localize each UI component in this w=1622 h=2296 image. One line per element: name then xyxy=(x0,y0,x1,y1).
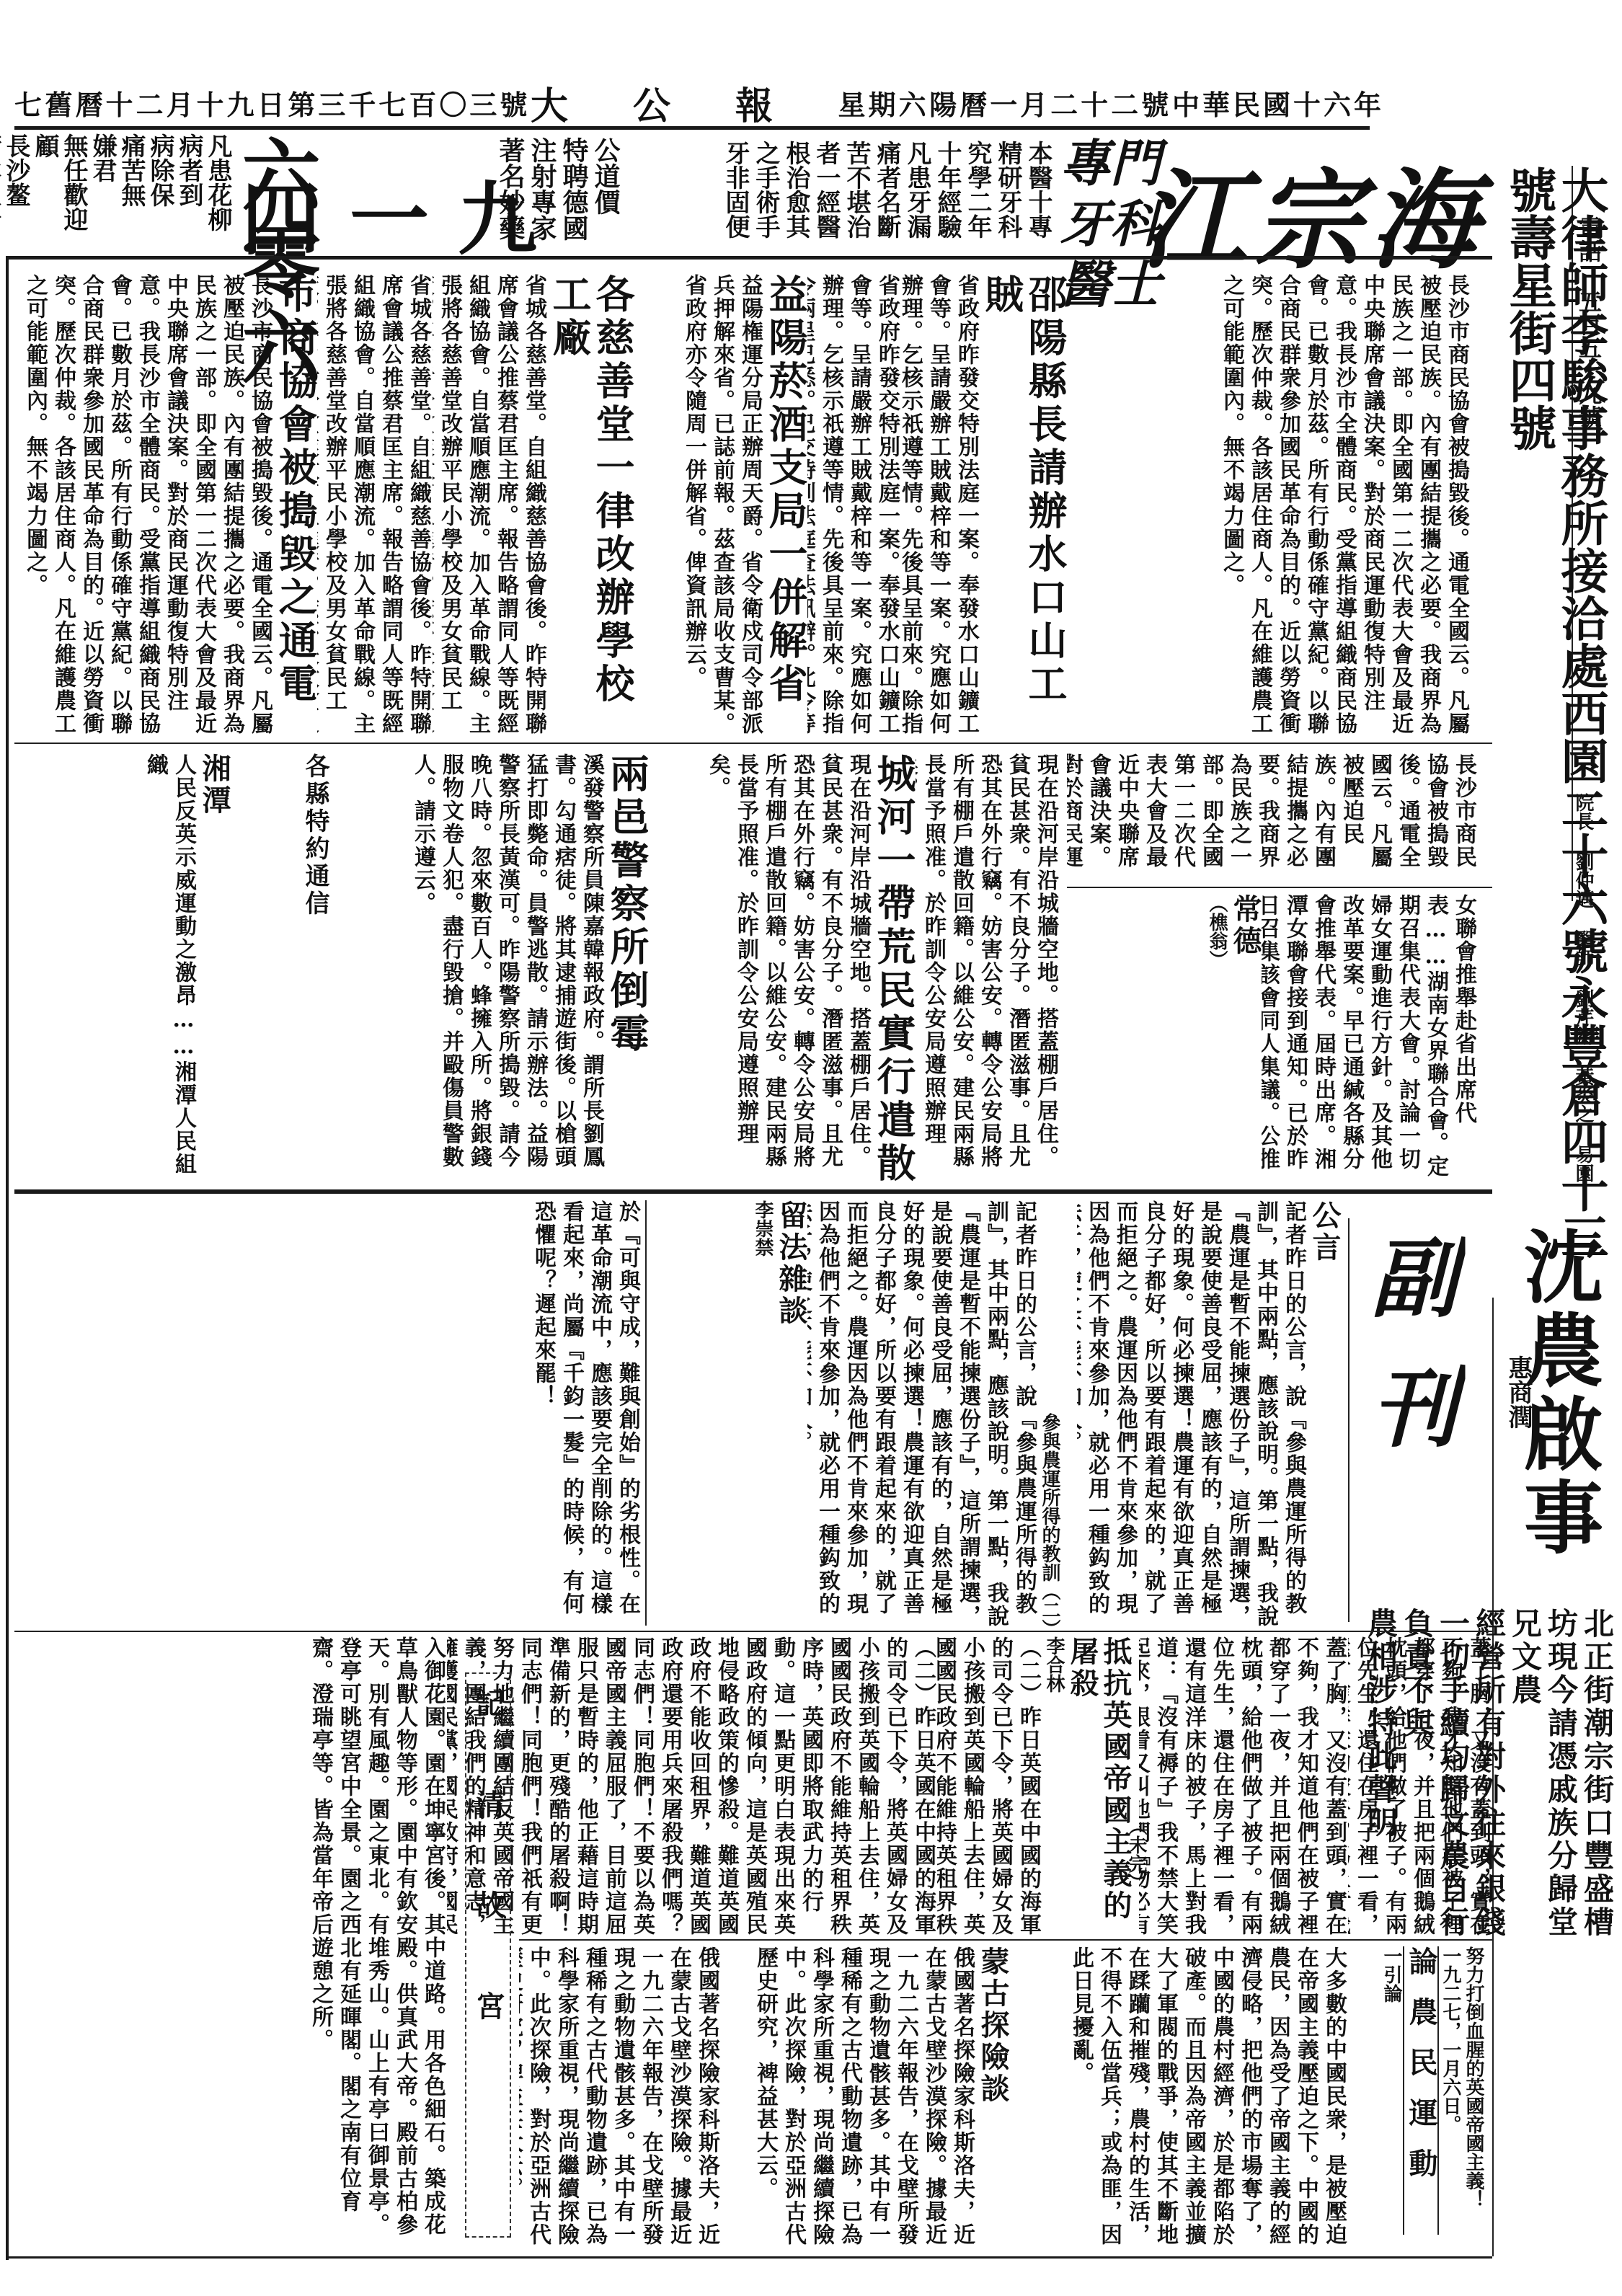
divider xyxy=(1067,887,1492,888)
news-article-upper-right: 長沙市商民協會被搗毀後。通電全國云。凡屬被壓迫民族。內有團結提攜之必要。我商界為… xyxy=(1067,274,1471,735)
farmers-article-body: 大多數的中國民衆，是被壓迫在帝國主義壓迫之下。中國的農民，因為受了帝國主義的經濟… xyxy=(1009,1946,1348,2249)
news-article-chenghe: 現在沿河岸沿城牆空地。搭蓋棚戶居住。貧民甚衆。有不良分子。潛匿滋事。且尤恐其在外… xyxy=(649,753,1060,1186)
headline-yiyang: 益陽菸酒支局一併解省 xyxy=(764,274,807,735)
date-roc: 中華民國十六年 xyxy=(1172,83,1384,123)
anti-british-continued: （二）昨日英國在中國的海軍的司令已下令，將英國婦女及小孩搬到英國輪船上去住，英國… xyxy=(447,1636,937,1939)
anti-british-headline: 抵抗英國帝國主義的屠殺 xyxy=(1065,1636,1132,1939)
mongolia-article: 蒙古探險談 俄國著名探險家科斯洛夫，近在蒙古戈壁沙漠探險。據最近一九二六年報告，… xyxy=(721,1946,1009,2249)
editorial: 公言 記者昨日的公言，說『參與農運所得的教訓』，其中兩點，應該說明。第一點，我說… xyxy=(1067,1200,1341,1633)
hospital-staff: 院長 劉仲邁 醫師 劉芹齋 黃炎之 易園 xyxy=(1572,793,1595,1298)
left-border xyxy=(6,256,9,2260)
news-article-police: 兩邑警察所倒霉 溪發警察所員陳嘉韓報政府。謂所長劉鳳書。勾通痞徒。將其逮捕遊街後… xyxy=(231,753,649,1186)
divider xyxy=(14,743,1492,744)
headline-charity: 各慈善堂一律改辦學校工廠 xyxy=(548,274,634,735)
dentist-title: 專門牙科醫士 xyxy=(1060,133,1175,260)
dentist-name: 江宗海 xyxy=(1139,133,1485,289)
supplement-masthead: 副刊 xyxy=(1357,1233,1458,1492)
headline-xiangtan: 湘潭 xyxy=(198,753,231,1186)
dentist-body: 本醫十專 精研牙科 究學二年 十年經驗 凡患牙漏 痛者名斷 苦不堪治 者一經醫 … xyxy=(721,141,1052,256)
news-article-changde: 女聯會推舉赴省出席代表……湖南女界聯合會。定期召集代表大會。討論一切婦女運動進行… xyxy=(1067,894,1478,1182)
divider xyxy=(14,1631,1492,1632)
newspaper-title: 大公報 xyxy=(531,76,838,130)
serial-story-2: 蓋了胸，又沒有蓋到頭，實在不夠，我才知道他們在被子裡都穿了一夜，并且把兩個鵝絨枕… xyxy=(1139,1636,1348,1939)
editorial-headline: 公言 xyxy=(1308,1200,1341,1402)
shennong-body: 北正街潮宗街口豐盛槽坊現今請憑戚族分歸堂兄文農 經營所有對外往來銀錢一切手續均歸… xyxy=(1499,1608,1615,1968)
supplement-masthead-box: 副刊 xyxy=(1348,1218,1465,1622)
headline-changde: 常德 xyxy=(1228,894,1262,1182)
essay-headline: 留法雜談 xyxy=(774,1200,807,1489)
farmers-article-header: 努力打倒血腥的英國帝國主義！ 一九二七，一月六日。 論農民運動 一引論 xyxy=(1355,1946,1485,2249)
subhead-county-correspondence: 各縣特約通信 xyxy=(298,753,332,1186)
news-article-chamber: 省城各慈善堂。自組織慈善協會後。昨特開聯席會議公推蔡君匡主席。報告略謂同人等既經… xyxy=(14,274,433,735)
divider xyxy=(645,1200,647,1626)
section-rule xyxy=(14,1189,1492,1194)
news-upper-band: 長沙市商民協會被搗毀後。通電全國云。凡屬被壓迫民族。內有團結提攜之必要。我商界為… xyxy=(1067,753,1478,883)
editorial-continued: 記者昨日的公言，說『參與農運所得的教訓』，其中兩點，應該說明。第一點，我說『農運… xyxy=(807,1200,1038,1633)
news-article-yiyang: 省政府昨發交特別法庭一案。奉發水口山鑛工會等。呈請嚴辦工賊戴梓和等一案。究應如何… xyxy=(634,274,901,735)
medicine-ad-secondary: 公道價 特聘德國 注射專家 著名妙藥 xyxy=(404,137,620,252)
masthead-rule xyxy=(14,126,1370,130)
news-article-charity: 各慈善堂一律改辦學校工廠 省城各慈善堂。自組織慈善協會後。昨特開聯席會議公推蔡君… xyxy=(433,274,634,735)
dentist-ad: 江宗海 專門牙科醫士 本醫十專 精研牙科 究學二年 十年經驗 凡患牙漏 痛者名斷… xyxy=(721,133,1485,260)
farmers-headline: 論農民運動 xyxy=(1403,1946,1439,2235)
headline-chenghe: 城河一帶荒民實行遣散 xyxy=(872,753,916,1186)
headline-shaoyang: 邵陽縣長請辦水口山工賊 xyxy=(980,274,1067,735)
news-article-xiangtan: 湘潭 人民反英示威運動之激昂……湘潭人民組織 xyxy=(14,753,231,1186)
bottom-rule xyxy=(7,2256,1492,2259)
masthead: 中華民國十六年 陽曆一月二十二號 星期六 大公報 第三千七百〇三號 舊曆十二月十… xyxy=(14,81,1384,124)
serial-continued: 蓋了胸，又沒有蓋到頭，實在不夠，我才知道他們在被子裡都穿了一夜，并且把兩個鵝絨枕… xyxy=(1348,1636,1492,1939)
medicine-ad-body: 凡患花柳 病者到 病除保 痛苦無 嫌君 無任歡迎 顧 長沙鳌 街本王士 xyxy=(14,133,231,249)
essay-study-abroad: 留法雜談 李崇禁 xyxy=(649,1200,807,1633)
weekday: 星期六 xyxy=(838,83,929,123)
mongolia-continued: 俄國著名探險家科斯洛夫，近在蒙古戈壁沙漠探險。據最近一九二六年報告，在戈壁所發現… xyxy=(519,1946,721,2249)
page-number: 七 xyxy=(14,83,45,123)
lunar-date: 舊曆十二月十九日 xyxy=(45,83,288,123)
anti-british-article: 抵抗英國帝國主義的屠殺 李合林 （二）昨日英國在中國的海軍的司令已下令，將英國婦… xyxy=(937,1636,1132,1939)
serial-story: 於『可與守成，難與創始』的劣根性。在這革命潮流中，應該要完全削除的。這樣看起來，… xyxy=(14,1200,642,1626)
issue-number: 第三千七百〇三號 xyxy=(288,83,530,123)
mongolia-headline: 蒙古探險談 xyxy=(976,1946,1009,2249)
date-gregorian: 陽曆一月二十二號 xyxy=(929,83,1171,123)
shennong-subtitle: 惠商潤 xyxy=(1507,1355,1530,1429)
headline-police: 兩邑警察所倒霉 xyxy=(606,753,649,1186)
divider xyxy=(519,1939,1492,1941)
headline-chamber: 市商協會被搗毀之通電 xyxy=(274,274,317,735)
editorial-subtitle: 參與農運所得的教訓（二） xyxy=(1038,1413,1061,1629)
palace-article-body: 入御花園。園在坤寧宮後。其中道路。用各色細石。築成花草鳥獸人物等形。園中有欽安殿… xyxy=(14,1636,447,2249)
ad-rule xyxy=(7,256,1492,260)
news-article-shaoyang: 邵陽縣長請辦水口山工賊 省政府昨發交特別法庭一案。奉發水口山鑛工會等。呈請嚴辦工… xyxy=(901,274,1067,735)
palace-headline: 記清故宮 xyxy=(471,1688,505,2092)
palace-headline-box: 記清故宮 xyxy=(465,1672,511,2238)
